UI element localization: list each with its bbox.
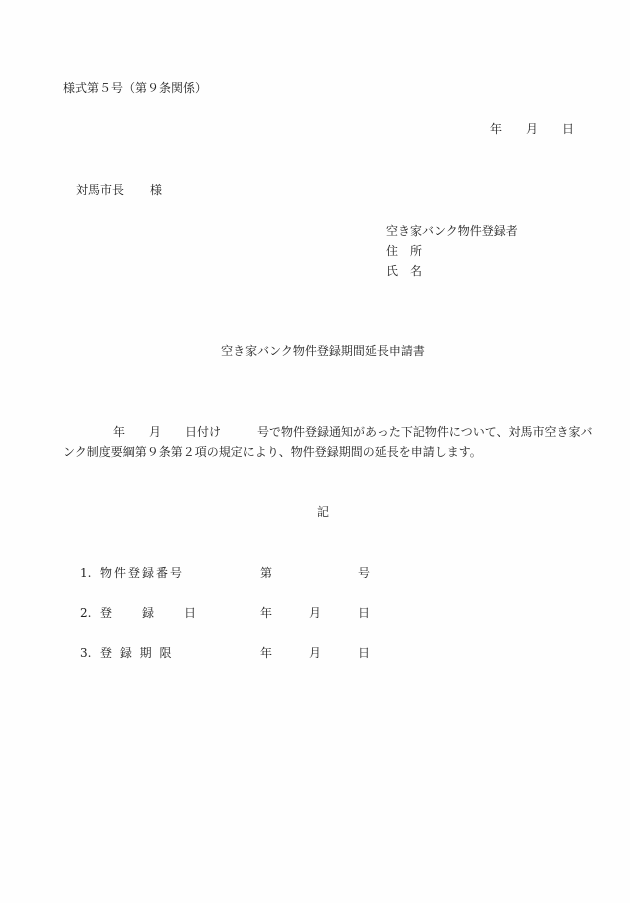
addressee-name: 対馬市長 — [76, 182, 124, 198]
body-paragraph: 年月日付け号で物件登録通知があった下記物件について、対馬市空き家バンク制度要綱第… — [63, 422, 598, 462]
applicant-name-label: 氏 名 — [386, 261, 518, 281]
addressee: 対馬市長様 — [76, 182, 162, 198]
date-day: 日 — [562, 121, 574, 137]
body-day-dated: 日付け — [185, 425, 221, 439]
form-number: 様式第５号（第９条関係） — [63, 80, 207, 96]
date-month: 月 — [526, 121, 538, 137]
ki-heading: 記 — [0, 504, 630, 520]
date-line: 年月日 — [490, 121, 574, 137]
item-label: 物件登録番号 — [100, 565, 184, 581]
body-month: 月 — [149, 425, 161, 439]
applicant-block: 空き家バンク物件登録者 住 所 氏 名 — [386, 221, 518, 281]
date-year: 年 — [490, 121, 502, 137]
addressee-honorific: 様 — [150, 182, 162, 198]
item-label: 登 録 日 — [100, 605, 198, 621]
item-label: 登 録 期 限 — [100, 645, 173, 661]
applicant-role: 空き家バンク物件登録者 — [386, 221, 518, 241]
body-year: 年 — [113, 425, 125, 439]
document-title: 空き家バンク物件登録期間延長申請書 — [0, 343, 630, 359]
applicant-address-label: 住 所 — [386, 241, 518, 261]
body-number-text: 号で物件登録通知があった下記物件について、対馬市空き家バンク制度要綱第９条第２項… — [63, 425, 592, 459]
